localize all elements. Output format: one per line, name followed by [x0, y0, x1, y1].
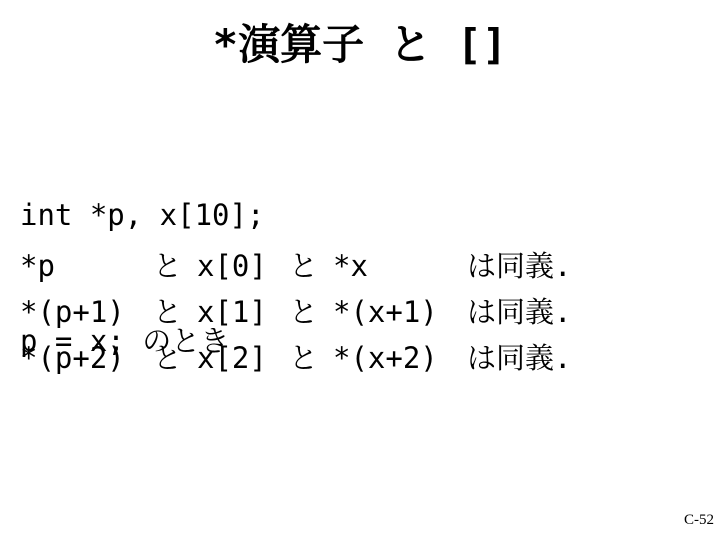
conjunction-text: と [153, 243, 197, 289]
equivalence-note: は同義. [467, 335, 571, 381]
equivalence-note: は同義. [467, 243, 571, 289]
slide-title: *演算子 と [] [0, 16, 720, 74]
conjunction-text: と [289, 289, 333, 335]
deref-expr: *x [333, 243, 467, 289]
pointer-expr: *(p+2) [20, 335, 153, 381]
array-expr: x[2] [197, 335, 289, 381]
equivalence-note: は同義. [467, 289, 571, 335]
equivalence-table: *p と x[0] と *x は同義. *(p+1) と x[1] と *(x+… [20, 243, 571, 381]
page-number: C-52 [684, 511, 714, 529]
array-expr: x[1] [197, 289, 289, 335]
deref-expr: *(x+1) [333, 289, 467, 335]
conjunction-text: と [153, 335, 197, 381]
equivalence-row: *p と x[0] と *x は同義. [20, 243, 571, 289]
deref-expr: *(x+2) [333, 335, 467, 381]
pointer-expr: *p [20, 243, 153, 289]
conjunction-text: と [289, 335, 333, 381]
equivalence-row: *(p+2) と x[2] と *(x+2) は同義. [20, 335, 571, 381]
presentation-slide: *演算子 と [] int *p, x[10]; p = x; のとき *p と… [0, 0, 720, 540]
array-expr: x[0] [197, 243, 289, 289]
conjunction-text: と [289, 243, 333, 289]
conjunction-text: と [153, 289, 197, 335]
code-line-declaration: int *p, x[10]; [20, 194, 264, 236]
pointer-expr: *(p+1) [20, 289, 153, 335]
equivalence-row: *(p+1) と x[1] と *(x+1) は同義. [20, 289, 571, 335]
